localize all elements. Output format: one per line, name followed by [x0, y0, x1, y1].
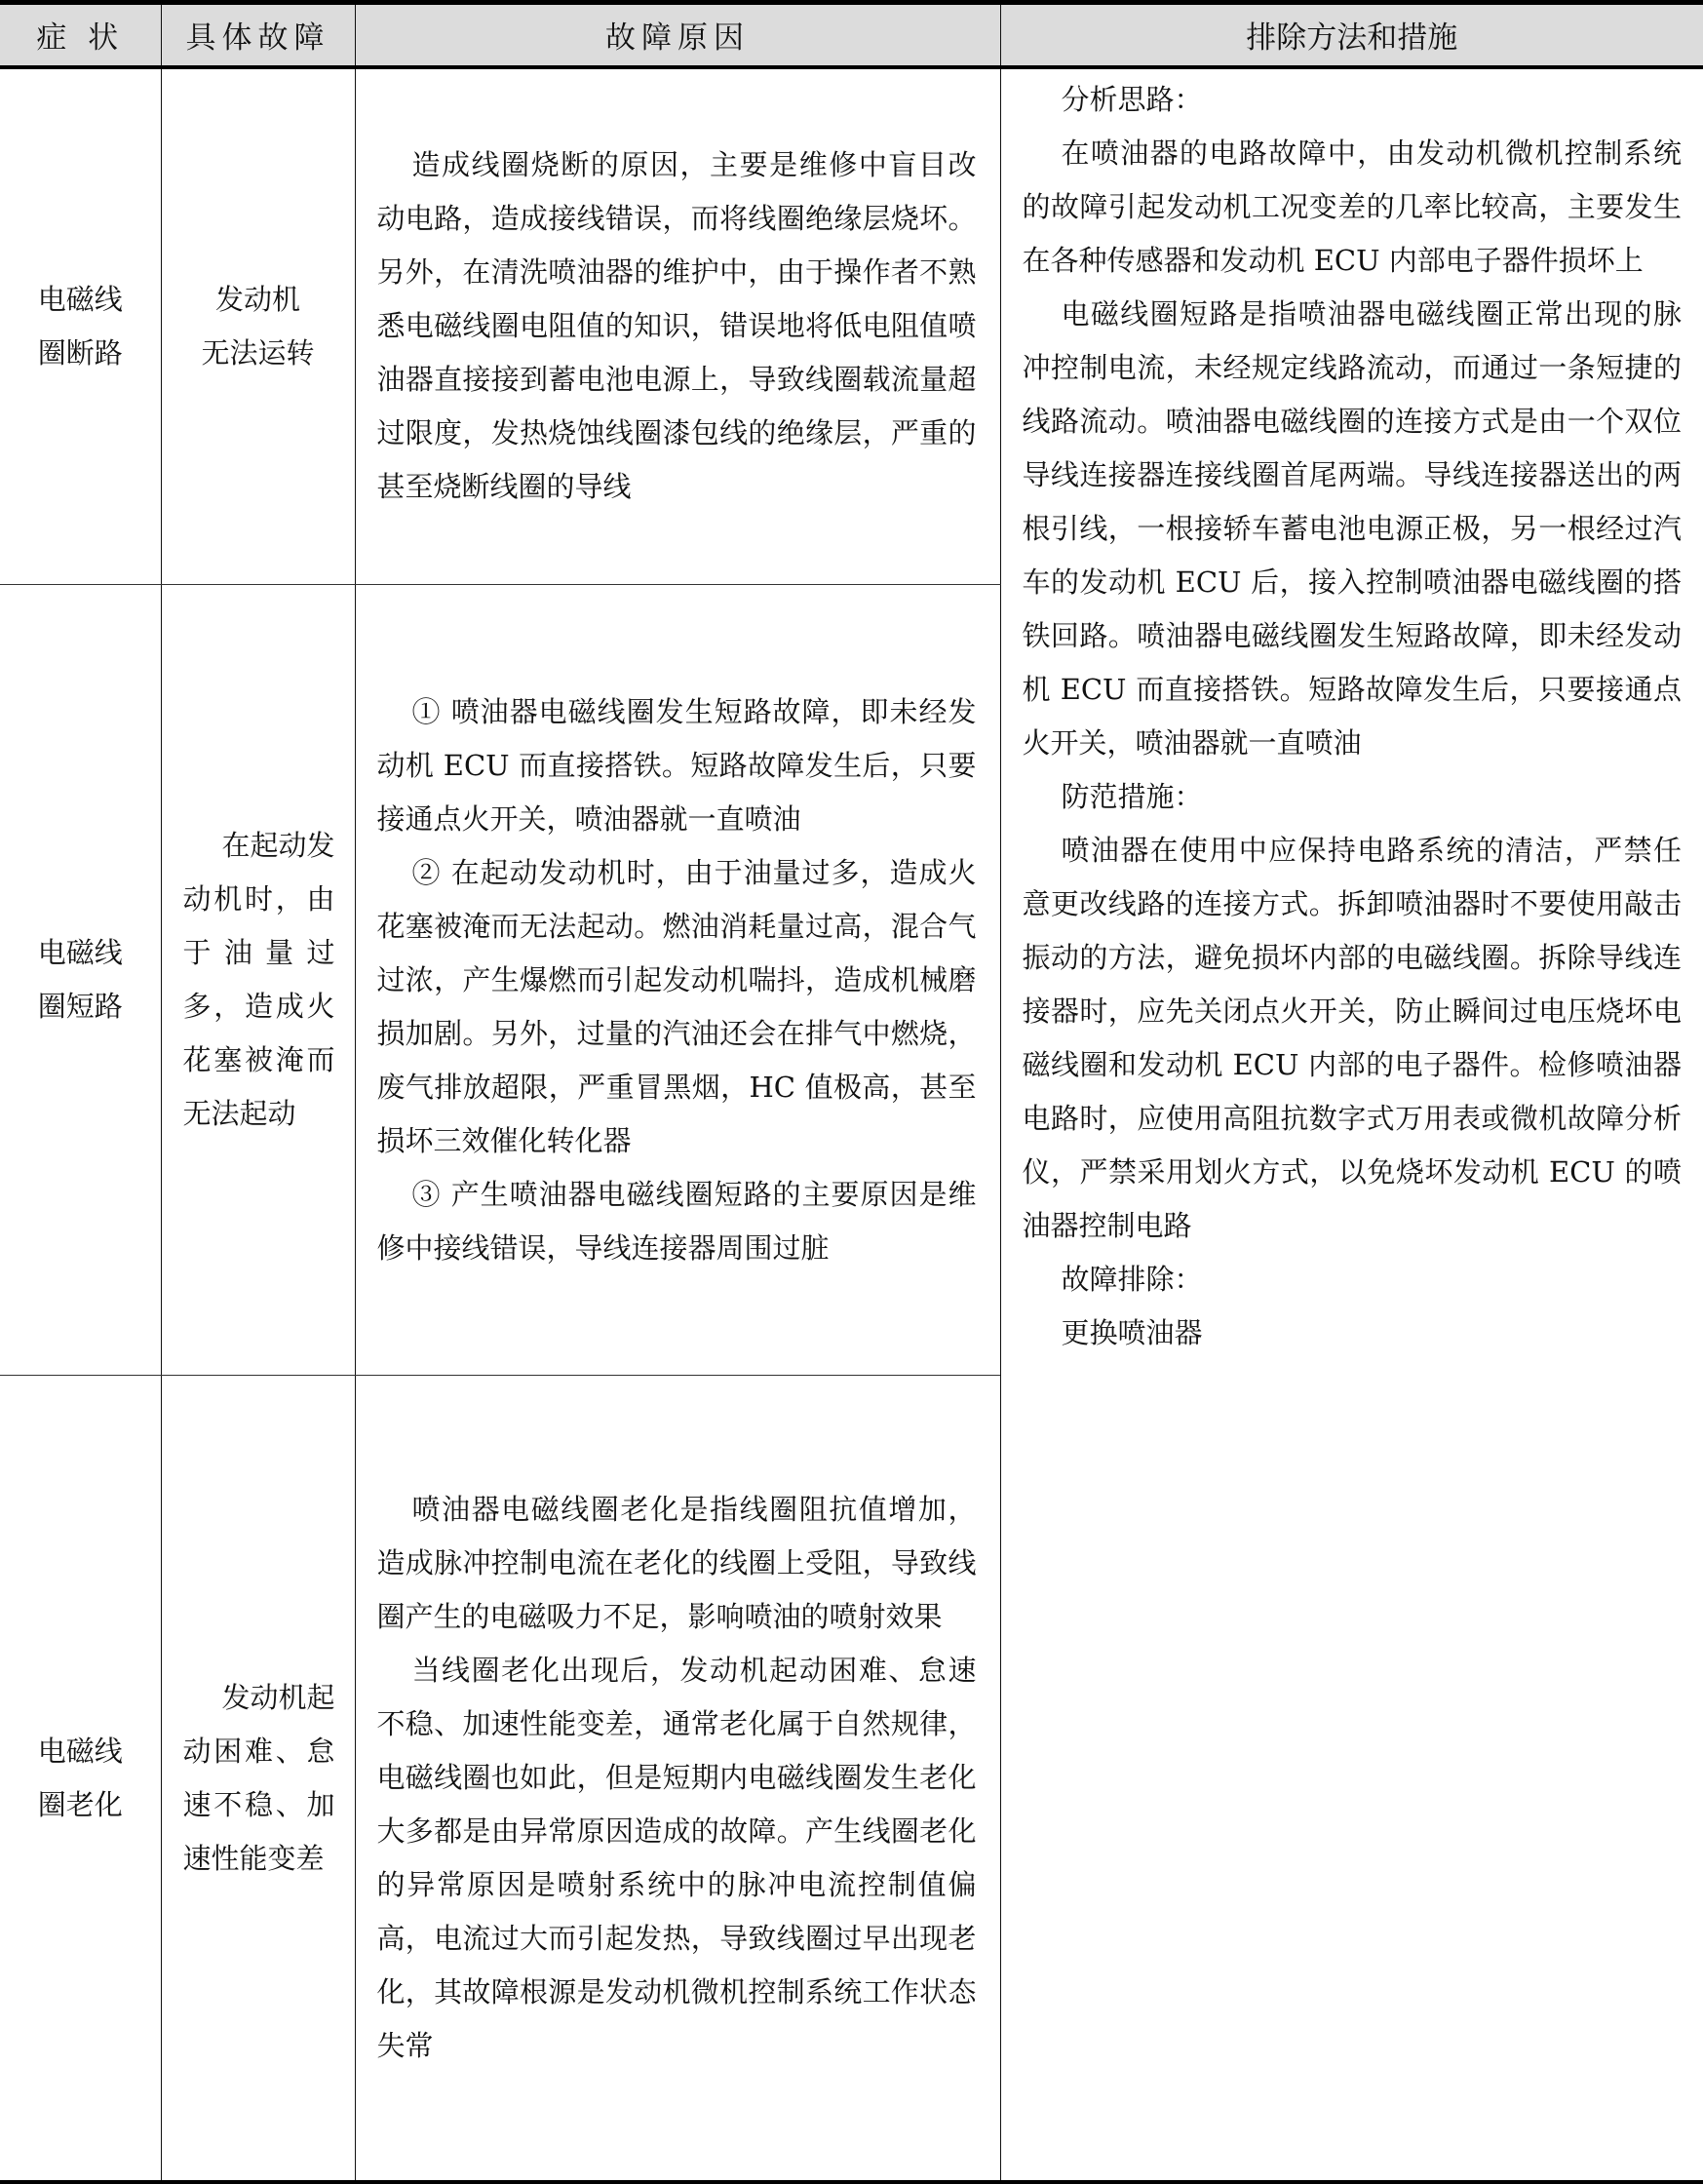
document-page: 症 状 具体故障 故障原因 排除方法和措施 电磁线 圈断路 发动机 无法运转 造…: [0, 0, 1703, 2184]
symptom-line: 圈短路: [10, 980, 151, 1033]
symptom-cell: 电磁线 圈断路: [0, 67, 161, 585]
injector-fault-table: 症 状 具体故障 故障原因 排除方法和措施 电磁线 圈断路 发动机 无法运转 造…: [0, 0, 1703, 2184]
header-measures: 排除方法和措施: [1000, 3, 1703, 67]
specific-fault-cell: 在起动发动机时，由于油量过多，造成火花塞被淹而无法起动: [161, 585, 355, 1376]
symptom-line: 圈断路: [10, 327, 151, 380]
symptom-line: 圈老化: [10, 1778, 151, 1832]
cause-paragraph: 造成线圈烧断的原因，主要是维修中盲目改动电路，造成接线错误，而将线圈绝缘层烧坏。…: [377, 138, 977, 514]
symptom-line: 电磁线: [10, 926, 151, 980]
cause-paragraph: ① 喷油器电磁线圈发生短路故障，即未经发动机 ECU 而直接搭铁。短路故障发生后…: [377, 685, 977, 846]
table-row: 电磁线 圈断路 发动机 无法运转 造成线圈烧断的原因，主要是维修中盲目改动电路，…: [0, 67, 1703, 585]
header-specific-fault: 具体故障: [161, 3, 355, 67]
header-symptom: 症 状: [0, 3, 161, 67]
symptom-line: 电磁线: [10, 273, 151, 327]
cause-paragraph: 当线圈老化出现后，发动机起动困难、怠速不稳、加速性能变差，通常老化属于自然规律，…: [377, 1644, 977, 2073]
specific-fault-cell: 发动机 无法运转: [161, 67, 355, 585]
specific-fault-text: 发动机起动困难、怠速不稳、加速性能变差: [183, 1681, 335, 1875]
symptom-line: 电磁线: [10, 1725, 151, 1778]
removal-text: 更换喷油器: [1023, 1306, 1683, 1360]
symptom-cell: 电磁线 圈老化: [0, 1376, 161, 2183]
analysis-heading: 分析思路：: [1023, 73, 1683, 127]
analysis-paragraph: 在喷油器的电路故障中，由发动机微机控制系统的故障引起发动机工况变差的几率比较高，…: [1023, 127, 1683, 288]
cause-cell: ① 喷油器电磁线圈发生短路故障，即未经发动机 ECU 而直接搭铁。短路故障发生后…: [355, 585, 1000, 1376]
removal-heading: 故障排除：: [1023, 1253, 1683, 1306]
cause-paragraph: ③ 产生喷油器电磁线圈短路的主要原因是维修中接线错误，导线连接器周围过脏: [377, 1168, 977, 1275]
measures-cell: 分析思路： 在喷油器的电路故障中，由发动机微机控制系统的故障引起发动机工况变差的…: [1000, 67, 1703, 2183]
table-header-row: 症 状 具体故障 故障原因 排除方法和措施: [0, 3, 1703, 67]
symptom-cell: 电磁线 圈短路: [0, 585, 161, 1376]
specific-fault-cell: 发动机起动困难、怠速不稳、加速性能变差: [161, 1376, 355, 2183]
cause-paragraph: ② 在起动发动机时，由于油量过多，造成火花塞被淹而无法起动。燃油消耗量过高，混合…: [377, 846, 977, 1168]
cause-cell: 造成线圈烧断的原因，主要是维修中盲目改动电路，造成接线错误，而将线圈绝缘层烧坏。…: [355, 67, 1000, 585]
prevention-heading: 防范措施：: [1023, 770, 1683, 824]
prevention-paragraph: 喷油器在使用中应保持电路系统的清洁，严禁任意更改线路的连接方式。拆卸喷油器时不要…: [1023, 824, 1683, 1253]
specific-fault-text: 在起动发动机时，由于油量过多，造成火花塞被淹而无法起动: [183, 829, 335, 1130]
analysis-paragraph: 电磁线圈短路是指喷油器电磁线圈正常出现的脉冲控制电流，未经规定线路流动，而通过一…: [1023, 288, 1683, 770]
cause-cell: 喷油器电磁线圈老化是指线圈阻抗值增加，造成脉冲控制电流在老化的线圈上受阻，导致线…: [355, 1376, 1000, 2183]
cause-paragraph: 喷油器电磁线圈老化是指线圈阻抗值增加，造成脉冲控制电流在老化的线圈上受阻，导致线…: [377, 1483, 977, 1644]
header-cause: 故障原因: [355, 3, 1000, 67]
specific-fault-line: 发动机: [172, 273, 345, 327]
specific-fault-line: 无法运转: [172, 327, 345, 380]
